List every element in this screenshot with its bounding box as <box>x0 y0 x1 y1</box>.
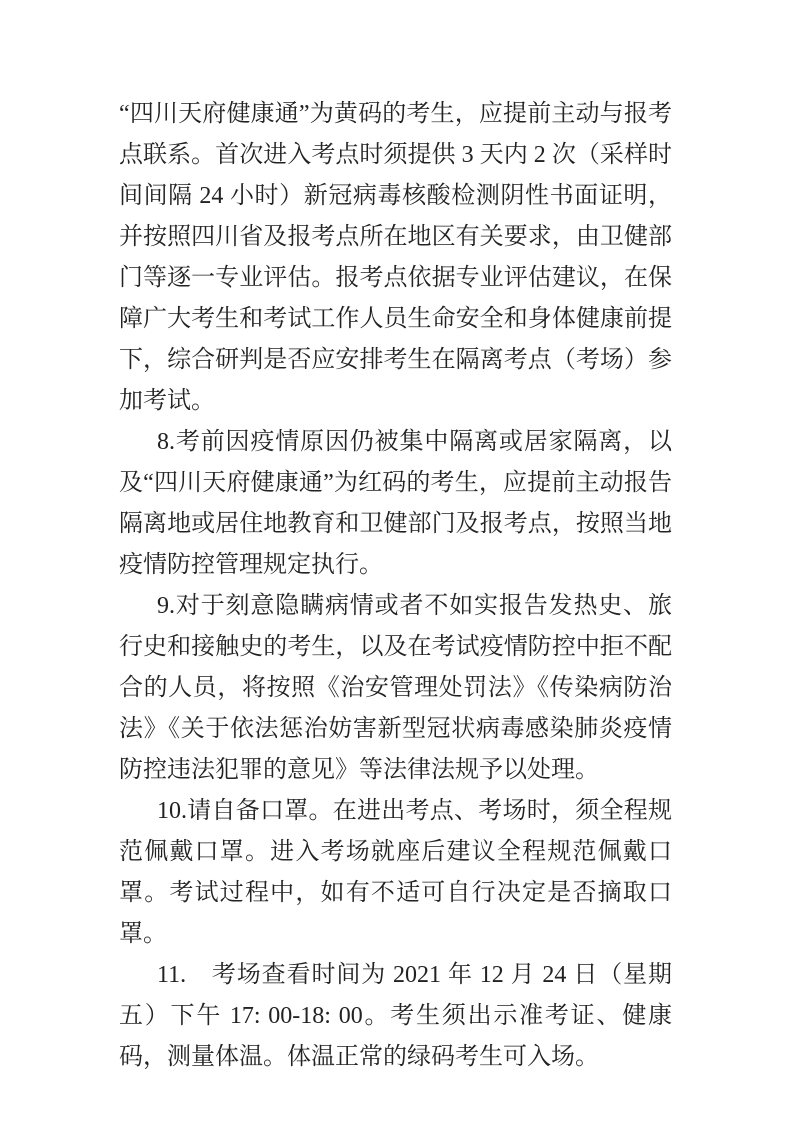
paragraph-10-masks: 10.请自备口罩。在进出考点、考场时，须全程规范佩戴口罩。进入考场就座后建议全程… <box>119 791 672 955</box>
document-body: “四川天府健康通”为黄码的考生，应提前主动与报考点联系。首次进入考点时须提供 3… <box>119 94 672 1078</box>
paragraph-8-red-code: 8.考前因疫情原因仍被集中隔离或居家隔离，以及“四川天府健康通”为红码的考生，应… <box>119 422 672 586</box>
paragraph-yellow-code-continuation: “四川天府健康通”为黄码的考生，应提前主动与报考点联系。首次进入考点时须提供 3… <box>119 94 672 422</box>
document-page: “四川天府健康通”为黄码的考生，应提前主动与报考点联系。首次进入考点时须提供 3… <box>0 0 793 1122</box>
paragraph-11-venue-check-time: 11. 考场查看时间为 2021 年 12 月 24 日（星期五）下午 17: … <box>119 955 672 1078</box>
paragraph-9-legal-consequences: 9.对于刻意隐瞒病情或者不如实报告发热史、旅行史和接触史的考生，以及在考试疫情防… <box>119 586 672 791</box>
